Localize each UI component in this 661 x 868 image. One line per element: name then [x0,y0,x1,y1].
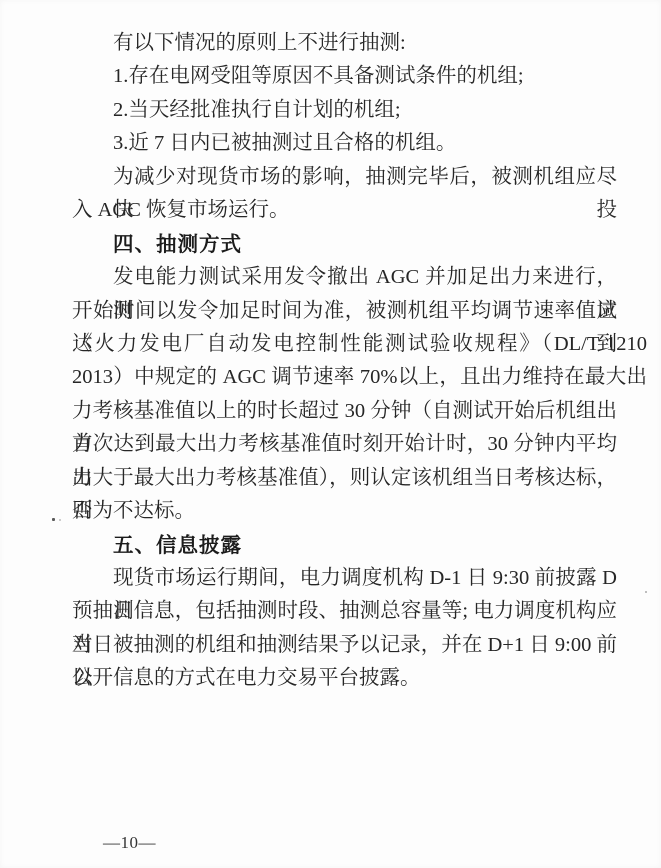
text-line: 1.存在电网受阻等原因不具备测试条件的机组; [72,60,617,93]
document-body: 有以下情况的原则上不进行抽测:1.存在电网受阻等原因不具备测试条件的机组;2.当… [72,27,617,696]
scanned-document-page: 有以下情况的原则上不进行抽测:1.存在电网受阻等原因不具备测试条件的机组;2.当… [0,0,661,868]
text-line: 首次达到最大出力考核基准值时刻开始计时，30 分钟内平均出 [72,428,617,461]
scan-speck [59,519,61,521]
text-line: 2.当天经批准执行自计划的机组; [72,94,617,127]
text-line: 力考核基准值以上的时长超过 30 分钟（自测试开始后机组出力 [72,395,617,428]
scan-speck [645,591,647,593]
text-line: 3.近 7 日内已被抽测过且合格的机组。 [72,127,617,160]
text-line: 《火力发电厂自动发电控制性能测试验收规程》（DL/T 1210 [72,328,647,361]
text-line: 有以下情况的原则上不进行抽测: [72,27,617,60]
text-line: 现货市场运行期间，电力调度机构 D-1 日 9:30 前披露 D 日 [72,562,617,595]
page-number: —10— [103,833,156,853]
scan-speck [52,518,55,521]
section-heading: 四、抽测方式 [72,228,617,261]
text-line: 开始时间以发令加足时间为准，被测机组平均调节速率值应达到 [72,295,617,328]
text-line: 当日被抽测的机组和抽测结果予以记录，并在 D+1 日 9:00 前以 [72,629,617,662]
text-line: 2013）中规定的 AGC 调节速率 70%以上，且出力维持在最大出 [72,361,647,394]
text-line: 预抽测信息，包括抽测时段、抽测总容量等; 电力调度机构应对 [72,595,617,628]
text-line: 力大于最大出力考核基准值），则认定该机组当日考核达标，否 [72,462,617,495]
text-line: 发电能力测试采用发令撤出 AGC 并加足出力来进行，测试 [72,261,617,294]
text-line: 为减少对现货市场的影响，抽测完毕后，被测机组应尽快投 [72,161,617,194]
section-heading: 五、信息披露 [72,529,617,562]
text-line: 公开信息的方式在电力交易平台披露。 [72,662,617,695]
text-line: 则为不达标。 [72,495,617,528]
